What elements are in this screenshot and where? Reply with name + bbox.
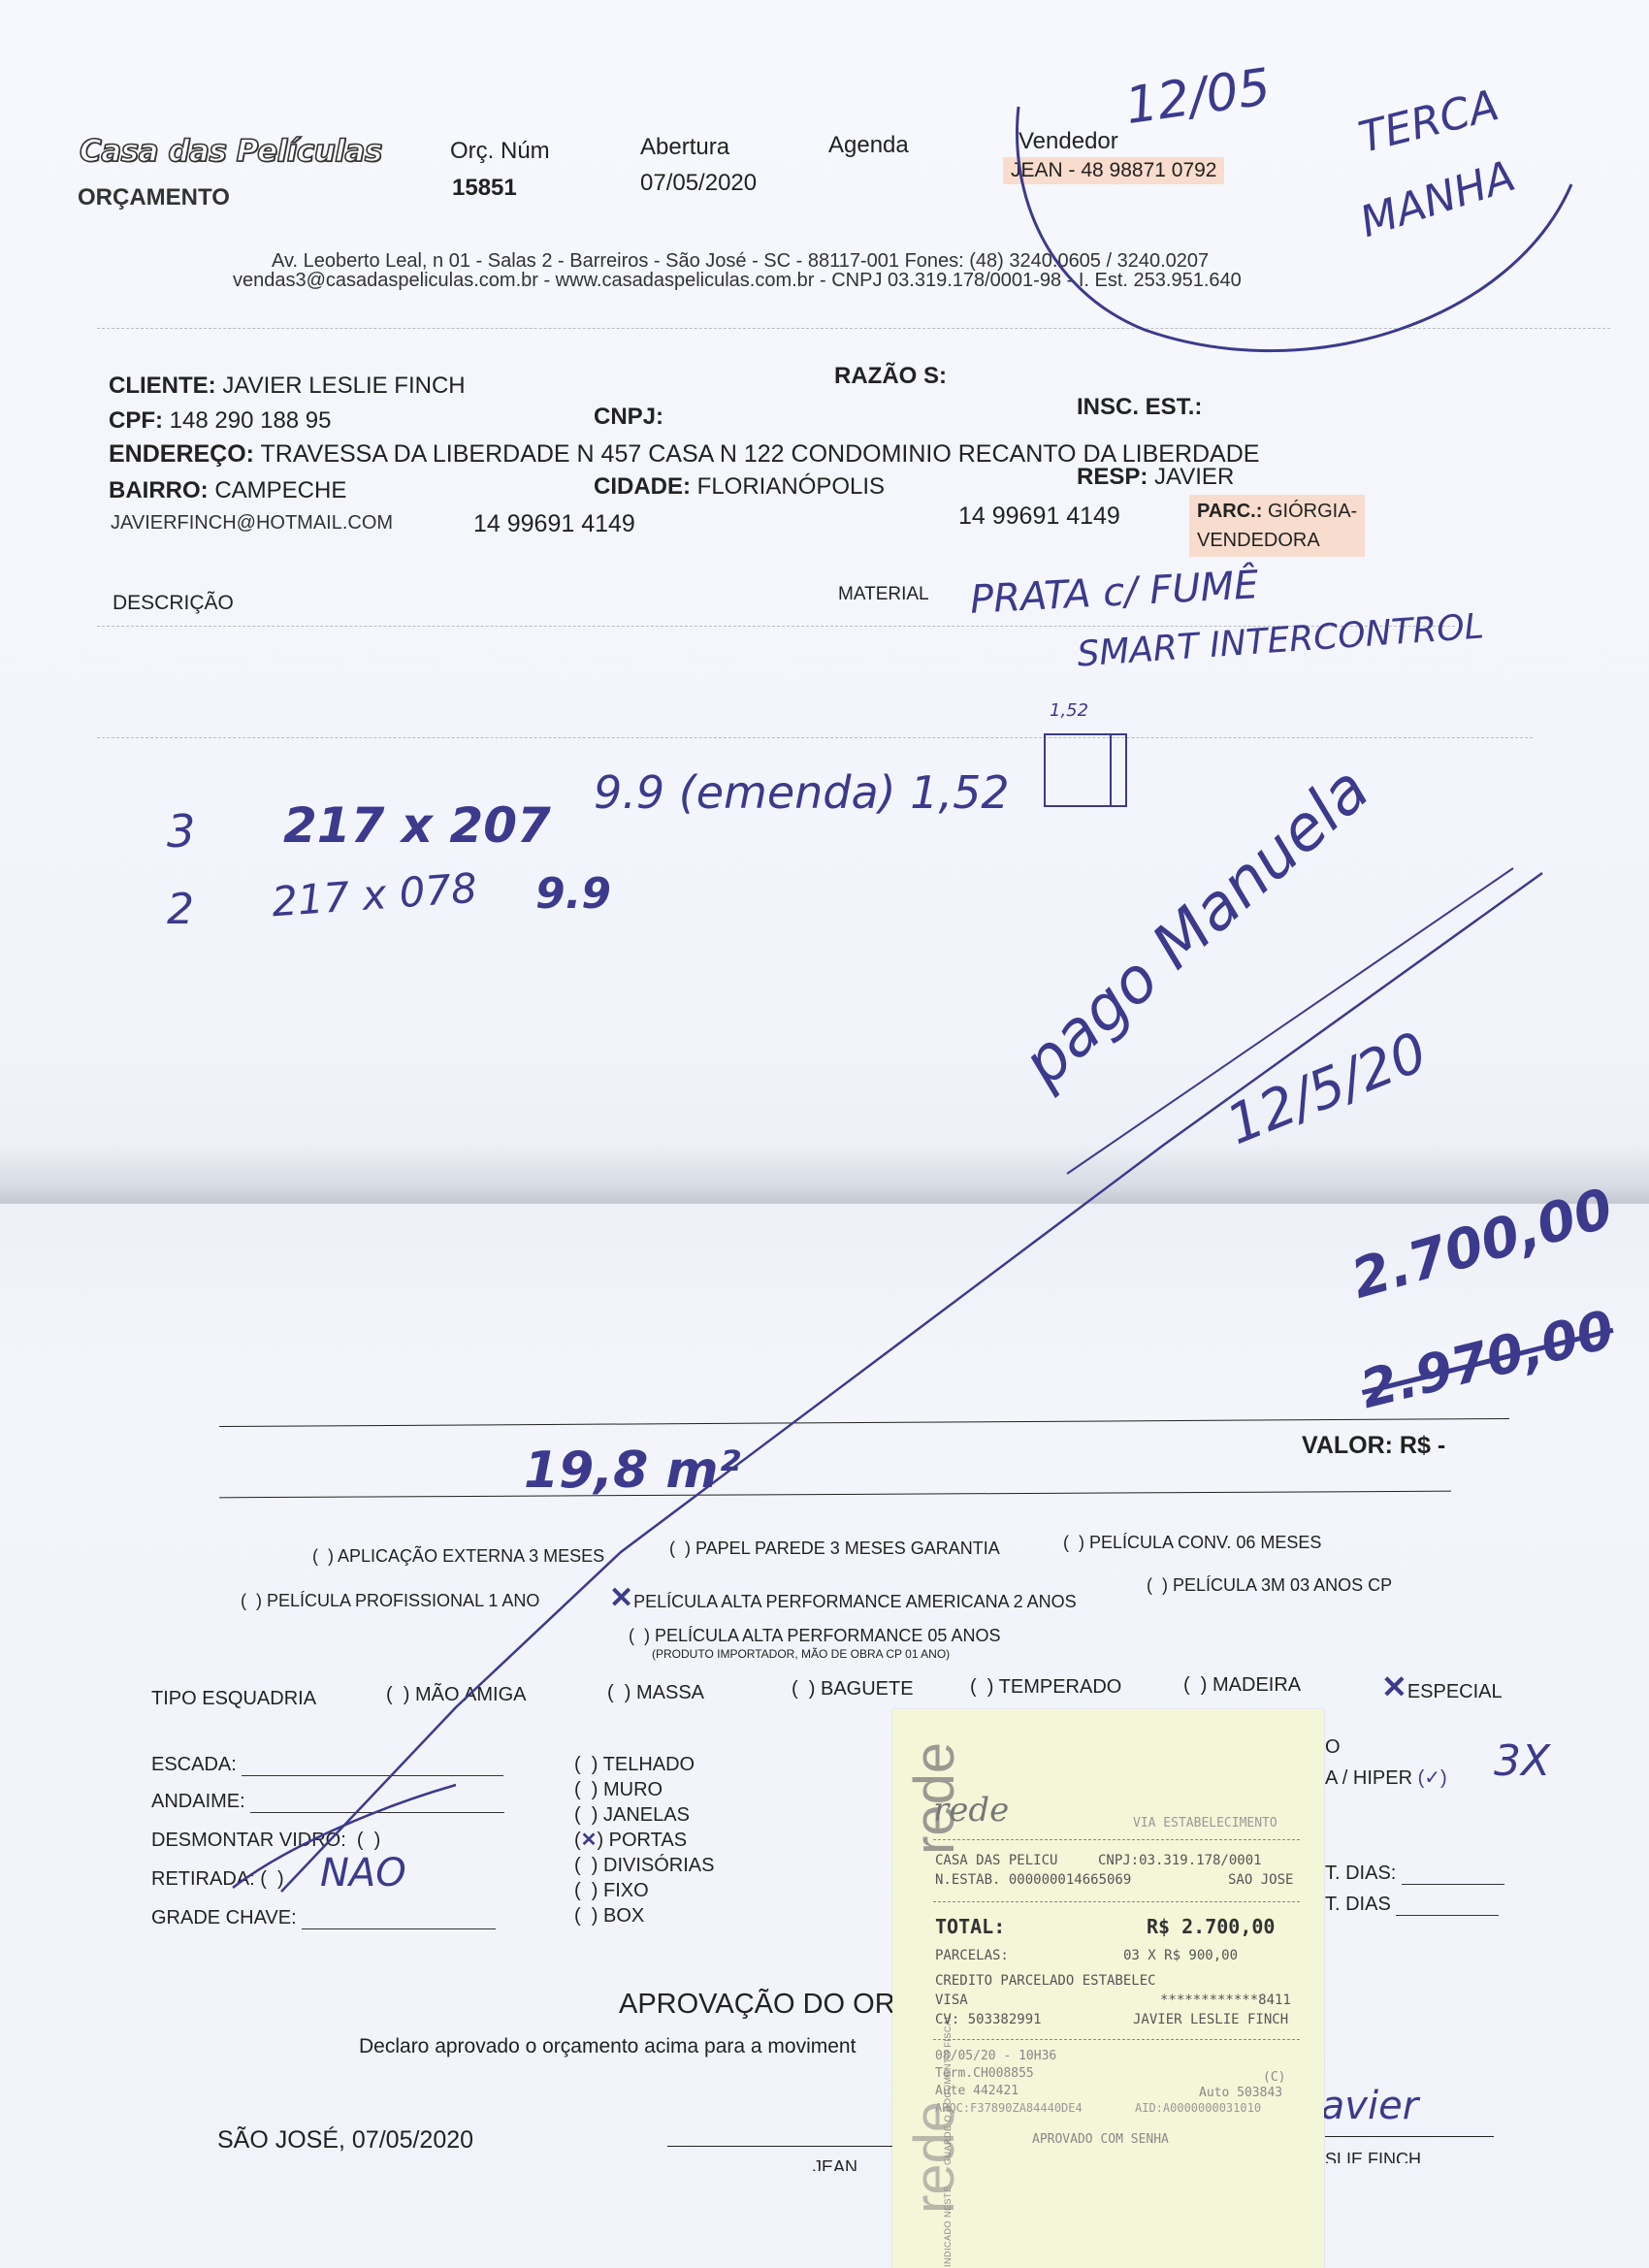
location-portas[interactable]: (✕) PORTAS bbox=[574, 1828, 714, 1853]
receipt-estab: N.ESTAB. 000000014665069 bbox=[935, 1872, 1131, 1888]
receipt-term: Term.CH008855 bbox=[935, 2066, 1034, 2081]
sketch-label: 1,52 bbox=[1050, 700, 1088, 721]
item-2-qty: 2 bbox=[167, 885, 194, 934]
approval-declaration: Declaro aprovado o orçamento acima para … bbox=[359, 2035, 856, 2058]
escada-field[interactable]: ESCADA: bbox=[151, 1754, 503, 1776]
item-1-qty: 3 bbox=[167, 805, 195, 858]
razao-label: RAZÃO S: bbox=[834, 363, 947, 390]
receipt-status: APROVADO COM SENHA bbox=[1032, 2132, 1169, 2147]
approval-city-date: SÃO JOSÉ, 07/05/2020 bbox=[217, 2126, 473, 2155]
client-signature-name: SLIE FINCH bbox=[1325, 2150, 1421, 2163]
resp-row: RESP: JAVIER bbox=[1077, 464, 1234, 491]
resp-label: RESP: bbox=[1077, 464, 1148, 490]
location-muro[interactable]: ( ) MURO bbox=[574, 1777, 714, 1802]
material-label: MATERIAL bbox=[838, 584, 929, 605]
grade-chave-input-line[interactable] bbox=[302, 1911, 496, 1929]
warranty-option-conv[interactable]: ( ) PELÍCULA CONV. 06 MESES bbox=[1063, 1533, 1321, 1553]
warranty-option-3m[interactable]: ( ) PELÍCULA 3M 03 ANOS CP bbox=[1147, 1575, 1392, 1596]
checked-x-icon: ✕ bbox=[609, 1582, 633, 1614]
dias-field-2[interactable]: T. DIAS bbox=[1325, 1894, 1499, 1916]
location-fixo[interactable]: ( ) FIXO bbox=[574, 1878, 714, 1903]
receipt-total-value: R$ 2.700,00 bbox=[1147, 1915, 1275, 1938]
receipt-c-mark: (C) bbox=[1263, 2070, 1285, 2085]
seller-signature-line bbox=[667, 2146, 896, 2147]
warranty-option-profissional[interactable]: ( ) PELÍCULA PROFISSIONAL 1 ANO bbox=[241, 1591, 539, 1611]
dias-input-line-1[interactable] bbox=[1402, 1866, 1504, 1885]
cliente-value: JAVIER LESLIE FINCH bbox=[222, 373, 465, 399]
retirada-field[interactable]: RETIRADA: ( ) bbox=[151, 1868, 284, 1891]
dias-field-1[interactable]: T. DIAS: bbox=[1325, 1863, 1504, 1885]
checked-x-icon: ✕ bbox=[581, 1830, 598, 1851]
brand-logo: Casa das Películas bbox=[80, 134, 382, 169]
receipt-parcelas-value: 03 X R$ 900,00 bbox=[1123, 1948, 1238, 1963]
handwritten-installments: 3X bbox=[1494, 1736, 1550, 1786]
client-email: JAVIERFINCH@HOTMAIL.COM bbox=[111, 512, 393, 535]
receipt-datetime: 08/05/20 - 10H36 bbox=[935, 2049, 1056, 2063]
bairro-value: CAMPECHE bbox=[214, 477, 346, 503]
location-box[interactable]: ( ) BOX bbox=[574, 1903, 714, 1928]
header-divider bbox=[97, 328, 1610, 329]
paper-fold-shadow bbox=[0, 1145, 1649, 1203]
payment-partial-o: O bbox=[1325, 1736, 1341, 1759]
cidade-label: CIDADE: bbox=[594, 473, 691, 500]
vendedor-value: JEAN - 48 98871 0792 bbox=[1003, 157, 1224, 184]
location-telhado[interactable]: ( ) TELHADO bbox=[574, 1752, 714, 1777]
insc-est-label: INSC. EST.: bbox=[1077, 394, 1202, 421]
receipt-card-number: ************8411 bbox=[1160, 1993, 1291, 2008]
receipt-total-label: TOTAL: bbox=[935, 1915, 1005, 1938]
location-janelas[interactable]: ( ) JANELAS bbox=[574, 1802, 714, 1828]
valor-label: VALOR: R$ - bbox=[1302, 1432, 1445, 1460]
bairro-label: BAIRRO: bbox=[109, 477, 209, 503]
esquadria-option-especial[interactable]: ✕ESPECIAL bbox=[1381, 1669, 1503, 1705]
abertura-label: Abertura bbox=[640, 134, 729, 161]
locations-list: ( ) TELHADO ( ) MURO ( ) JANELAS (✕) POR… bbox=[574, 1752, 714, 1928]
receipt-arqc: ARQC:F37890ZA84440DE4 bbox=[935, 2101, 1083, 2115]
descricao-label: DESCRIÇÃO bbox=[113, 592, 234, 615]
checked-x-icon: ✕ bbox=[1381, 1669, 1407, 1704]
rede-logo-vertical-2: rede bbox=[902, 2101, 967, 2214]
handwritten-retirada-note: NAO bbox=[320, 1851, 406, 1895]
vendedor-label: Vendedor bbox=[1018, 128, 1118, 155]
receipt-side-text-2: INDICADO NESTE bbox=[943, 2186, 953, 2267]
cidade-row: CIDADE: FLORIANÓPOLIS bbox=[594, 473, 885, 501]
location-divisorias[interactable]: ( ) DIVISÓRIAS bbox=[574, 1853, 714, 1878]
esquadria-option-baguete[interactable]: ( ) BAGUETE bbox=[792, 1678, 914, 1701]
parceiro-box: PARC.: GIÓRGIA- VENDEDORA bbox=[1189, 495, 1365, 557]
receipt-cv: CV: 503382991 bbox=[935, 2012, 1042, 2027]
desmontar-field[interactable]: DESMONTAR VIDRO: ( ) bbox=[151, 1830, 380, 1852]
parceiro-label: PARC.: bbox=[1197, 501, 1262, 522]
contact-line: vendas3@casadaspeliculas.com.br - www.ca… bbox=[233, 270, 1242, 292]
receipt-holder: JAVIER LESLIE FINCH bbox=[1133, 2012, 1288, 2027]
client-phone-1: 14 99691 4149 bbox=[473, 510, 635, 538]
receipt-aid: AID:A0000000031010 bbox=[1135, 2101, 1261, 2115]
esquadria-option-mao-amiga[interactable]: ( ) MÃO AMIGA bbox=[386, 1684, 526, 1706]
checked-mark-icon: (✓) bbox=[1418, 1767, 1447, 1789]
receipt-divider bbox=[933, 1901, 1300, 1902]
items-divider bbox=[97, 737, 1533, 738]
receipt-type: CREDITO PARCELADO ESTABELEC bbox=[935, 1973, 1156, 1989]
receipt-divider bbox=[933, 1839, 1300, 1840]
doc-type: ORÇAMENTO bbox=[78, 184, 230, 211]
item-1-note: 9.9 (emenda) 1,52 bbox=[594, 766, 1010, 819]
warranty-option-americana[interactable]: ✕PELÍCULA ALTA PERFORMANCE AMERICANA 2 A… bbox=[609, 1581, 1077, 1615]
item-1-dims: 217 x 207 bbox=[283, 797, 551, 854]
payment-hiper-option[interactable]: A / HIPER (✓) bbox=[1325, 1766, 1447, 1790]
esquadria-label: TIPO ESQUADRIA bbox=[151, 1688, 316, 1710]
receipt-via: VIA ESTABELECIMENTO bbox=[1133, 1816, 1277, 1831]
cpf-value: 148 290 188 95 bbox=[170, 407, 332, 434]
warranty-footnote: (PRODUTO IMPORTADOR, MÃO DE OBRA CP 01 A… bbox=[652, 1647, 950, 1661]
seller-signature-name: JEAN bbox=[813, 2157, 857, 2171]
dias-input-line-2[interactable] bbox=[1396, 1897, 1499, 1916]
sketch-box bbox=[1044, 733, 1127, 807]
paper-fold-line bbox=[0, 1203, 1649, 1204]
esquadria-option-massa[interactable]: ( ) MASSA bbox=[607, 1682, 704, 1704]
client-signature-line bbox=[1325, 2136, 1494, 2137]
cpf-row: CPF: 148 290 188 95 bbox=[109, 407, 332, 435]
parceiro-value-2: VENDEDORA bbox=[1197, 530, 1320, 551]
cliente-label: CLIENTE: bbox=[109, 373, 216, 399]
grade-chave-field[interactable]: GRADE CHAVE: bbox=[151, 1907, 496, 1929]
card-receipt: rede rede GUARDE O DOCUMENTO FISCAL INDI… bbox=[892, 1709, 1324, 2268]
receipt-cnpj: CNPJ:03.319.178/0001 bbox=[1098, 1853, 1262, 1868]
escada-input-line[interactable] bbox=[242, 1758, 503, 1776]
andaime-input-line[interactable] bbox=[250, 1795, 504, 1813]
cpf-label: CPF: bbox=[109, 407, 163, 434]
receipt-merchant: CASA DAS PELICU bbox=[935, 1853, 1057, 1868]
cidade-value: FLORIANÓPOLIS bbox=[697, 473, 885, 500]
receipt-divider bbox=[933, 2039, 1300, 2040]
resp-value: JAVIER bbox=[1154, 464, 1234, 490]
checkbox-mark bbox=[323, 1546, 328, 1566]
esquadria-option-madeira[interactable]: ( ) MADEIRA bbox=[1183, 1674, 1301, 1697]
cnpj-label: CNPJ: bbox=[594, 404, 663, 431]
agenda-label: Agenda bbox=[828, 132, 909, 159]
client-signature: Javier bbox=[1309, 2084, 1418, 2128]
warranty-option-papel-parede[interactable]: ( ) PAPEL PAREDE 3 MESES GARANTIA bbox=[669, 1539, 1000, 1559]
warranty-option-externa[interactable]: ( ) APLICAÇÃO EXTERNA 3 MESES bbox=[312, 1546, 604, 1567]
abertura-value: 07/05/2020 bbox=[640, 170, 757, 197]
receipt-city: SAO JOSE bbox=[1228, 1872, 1293, 1888]
receipt-aute: Aute 442421 bbox=[935, 2084, 1018, 2098]
handwritten-area: 19,8 m² bbox=[524, 1442, 740, 1500]
client-phone-2: 14 99691 4149 bbox=[958, 502, 1120, 531]
receipt-card-brand: VISA bbox=[935, 1993, 968, 2008]
orc-num-value: 15851 bbox=[452, 175, 517, 202]
approval-title: APROVAÇÃO DO OR bbox=[619, 1989, 895, 2021]
receipt-parcelas-label: PARCELAS: bbox=[935, 1948, 1009, 1963]
warranty-option-alta-05[interactable]: ( ) PELÍCULA ALTA PERFORMANCE 05 ANOS bbox=[629, 1626, 1000, 1646]
item-2-note: 9.9 bbox=[535, 869, 611, 919]
endereco-label: ENDEREÇO: bbox=[109, 440, 254, 468]
andaime-field[interactable]: ANDAIME: bbox=[151, 1791, 504, 1813]
cliente-row: CLIENTE: JAVIER LESLIE FINCH bbox=[109, 373, 466, 400]
esquadria-option-temperado[interactable]: ( ) TEMPERADO bbox=[970, 1676, 1121, 1699]
parceiro-value-1: GIÓRGIA- bbox=[1268, 501, 1357, 522]
receipt-auto: Auto 503843 bbox=[1199, 2086, 1282, 2100]
orc-num-label: Orç. Núm bbox=[450, 138, 550, 165]
bairro-row: BAIRRO: CAMPECHE bbox=[109, 477, 346, 504]
rede-logo: rede bbox=[933, 1791, 1009, 1830]
